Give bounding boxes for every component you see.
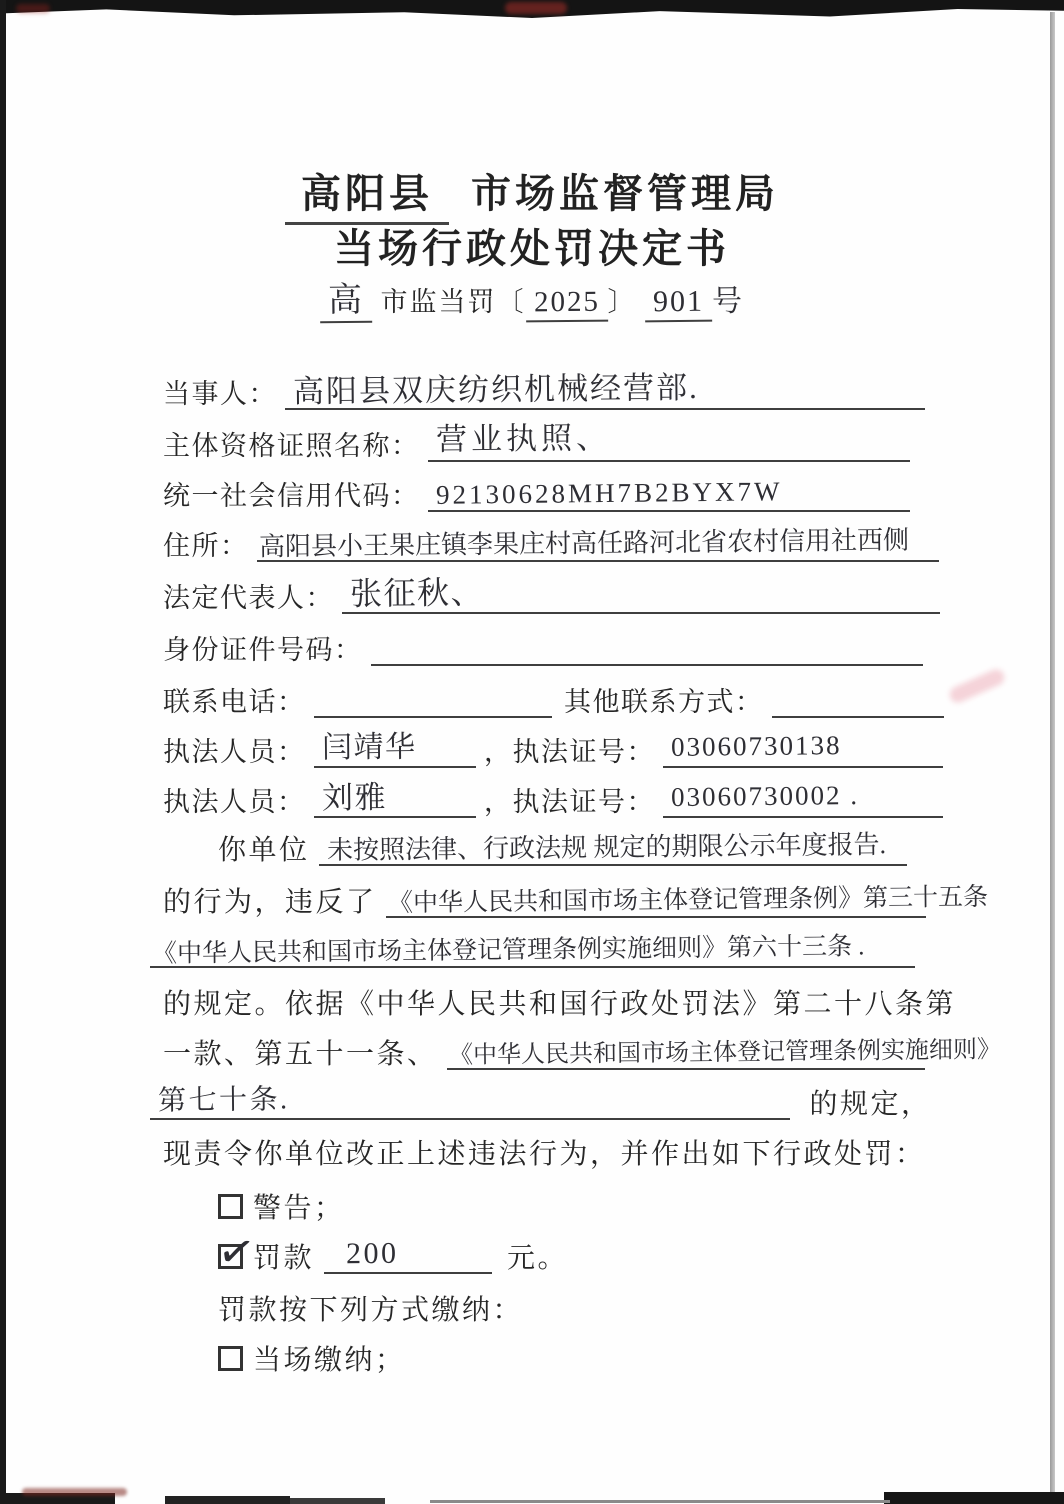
- id-number-underline: [371, 628, 923, 666]
- scan-edge-bottom-3: [290, 1498, 385, 1504]
- basis-row-2: 一款、第五十一条、 《中华人民共和国市场主体登记管理条例实施细则》: [163, 1032, 925, 1072]
- scan-edge-bottom-5: [430, 1500, 890, 1503]
- article-fill: 第七十条.: [158, 1086, 290, 1115]
- document-title: 当场行政处罚决定书: [0, 217, 1064, 274]
- officer1-name: 闫靖华: [322, 733, 417, 764]
- officer1-row: 执法人员： 闫靖华 ，执法证号： 03060730138: [163, 730, 943, 769]
- basis-suffix: 的规定，: [810, 1089, 932, 1120]
- fine-label-pre: 罚款: [253, 1243, 314, 1274]
- party-row: 当事人： 高阳县双庆纺织机械经营部.: [163, 372, 925, 411]
- officer2-row: 执法人员： 刘雅 ，执法证号： 03060730002 .: [163, 780, 943, 819]
- credit-code-value: 92130628MH7B2BYX7W: [436, 478, 783, 509]
- officer2-cert-label: ，执法证号：: [484, 787, 655, 817]
- article-underline: 第七十条.: [150, 1082, 790, 1120]
- fine-amount-underline: 200: [324, 1236, 492, 1274]
- fine-amount: 200: [345, 1239, 398, 1270]
- legal-rep-row: 法定代表人： 张征秋、: [163, 576, 940, 615]
- onsite-option-row: 当场缴纳；: [218, 1338, 406, 1378]
- id-number-label: 身份证件号码：: [163, 635, 363, 665]
- fine-checkbox: ✓: [218, 1244, 243, 1269]
- address-row: 住所： 高阳县小王果庄镇李果庄村高任路河北省农村信用社西侧: [163, 524, 939, 563]
- order-row: 现责令你单位改正上述违法行为，并作出如下行政处罚：: [163, 1132, 926, 1172]
- agency-title-line: 高阳县市场监督管理局: [0, 162, 1064, 219]
- address-value: 高阳县小王果庄镇李果庄村高任路河北省农村信用社西侧: [259, 528, 909, 561]
- scan-edge-left: [0, 0, 6, 1504]
- onsite-label: 当场缴纳；: [253, 1345, 406, 1376]
- license-label: 主体资格证照名称：: [163, 431, 420, 461]
- violation-fill-underline: 未按照法律、行政法规 规定的期限公示年度报告.: [319, 828, 907, 866]
- warning-checkbox: [218, 1194, 243, 1219]
- credit-code-row: 统一社会信用代码： 92130628MH7B2BYX7W: [163, 474, 910, 513]
- basis-row-1: 的规定。依据《中华人民共和国行政处罚法》第二十八条第: [163, 982, 956, 1022]
- legal-rep-underline: 张征秋、: [342, 576, 940, 614]
- violated-law2-fill: 《中华人民共和国市场主体登记管理条例实施细则》第六十三条 .: [152, 934, 865, 966]
- officer2-name: 刘雅: [322, 782, 387, 814]
- basis-row-3: 第七十条. 的规定，: [150, 1082, 932, 1122]
- basis-fill-underline: 《中华人民共和国市场主体登记管理条例实施细则》: [447, 1032, 925, 1070]
- red-ink-smudge-right: [947, 667, 1006, 705]
- phone-label: 联系电话：: [163, 687, 306, 717]
- fine-option-row: ✓罚款 200 元。: [218, 1236, 568, 1276]
- docno-suffix: 号: [712, 287, 744, 317]
- other-contact-underline: [772, 680, 944, 718]
- red-ink-smudge-top: [505, 2, 567, 14]
- legal-rep-label: 法定代表人：: [163, 583, 334, 613]
- officer2-label: 执法人员：: [163, 787, 306, 817]
- fine-label-post: 元。: [507, 1243, 568, 1274]
- docno-number: 901: [645, 287, 712, 323]
- basis-fill: 《中华人民共和国市场主体登记管理条例实施细则》: [449, 1038, 1001, 1068]
- violation-prefix: 你单位: [218, 835, 310, 866]
- officer1-cert-label: ，执法证号：: [484, 737, 655, 767]
- violated-law-row: 的行为，违反了 《中华人民共和国市场主体登记管理条例》第三十五条: [163, 880, 926, 920]
- docno-year: 2025: [525, 288, 607, 323]
- phone-underline: [314, 680, 552, 718]
- violated-law-fill: 《中华人民共和国市场主体登记管理条例》第三十五条: [388, 885, 988, 916]
- party-underline: 高阳县双庆纺织机械经营部.: [285, 372, 925, 410]
- officer1-cert-no: 03060730138: [671, 732, 842, 761]
- address-underline: 高阳县小王果庄镇李果庄村高任路河北省农村信用社西侧: [257, 524, 939, 562]
- party-label: 当事人：: [163, 379, 277, 409]
- red-ink-smudge-bottom-left: [22, 1488, 127, 1496]
- license-row: 主体资格证照名称： 营业执照、: [163, 424, 910, 463]
- docno-label: 市监当罚: [381, 287, 497, 317]
- other-contact-label: 其他联系方式：: [564, 687, 764, 717]
- contact-row: 联系电话： 其他联系方式：: [163, 680, 944, 719]
- violated-law-row-2: 《中华人民共和国市场主体登记管理条例实施细则》第六十三条 .: [150, 930, 915, 969]
- violated-law-underline: 《中华人民共和国市场主体登记管理条例》第三十五条: [386, 880, 926, 918]
- address-label: 住所：: [163, 531, 249, 561]
- scan-edge-right: [1050, 12, 1055, 1504]
- docno-bracket-close: 〕: [608, 287, 637, 317]
- party-value: 高阳县双庆纺织机械经营部.: [293, 372, 699, 407]
- officer1-cert-underline: 03060730138: [663, 730, 943, 768]
- docno-hw-prefix: 高: [320, 284, 372, 324]
- legal-rep-value: 张征秋、: [350, 576, 484, 609]
- credit-code-label: 统一社会信用代码：: [163, 481, 420, 511]
- document-number-line: 高 市监当罚〔2025〕 901号: [0, 280, 1064, 323]
- scan-edge-bottom-2: [165, 1496, 290, 1504]
- violated-law-prefix: 的行为，违反了: [163, 887, 377, 918]
- scan-edge-bottom-4: [884, 1492, 1064, 1504]
- red-ink-smudge-top-left: [16, 4, 50, 13]
- docno-bracket-open: 〔: [497, 287, 526, 317]
- basis-prefix: 一款、第五十一条、: [163, 1039, 438, 1070]
- onsite-checkbox: [218, 1346, 243, 1371]
- violation-fill: 未按照法律、行政法规 规定的期限公示年度报告.: [327, 832, 886, 864]
- license-underline: 营业执照、: [428, 424, 910, 462]
- officer2-name-underline: 刘雅: [314, 780, 476, 818]
- credit-code-underline: 92130628MH7B2BYX7W: [428, 474, 910, 512]
- license-value: 营业执照、: [436, 422, 611, 455]
- officer1-name-underline: 闫靖华: [314, 730, 476, 768]
- officer2-cert-no: 03060730002 .: [671, 782, 859, 811]
- id-number-row: 身份证件号码：: [163, 628, 923, 667]
- officer1-label: 执法人员：: [163, 737, 306, 767]
- agency-suffix: 市场监督管理局: [471, 172, 779, 216]
- violation-row-1: 你单位 未按照法律、行政法规 规定的期限公示年度报告.: [218, 828, 907, 868]
- violated-law2-underline: 《中华人民共和国市场主体登记管理条例实施细则》第六十三条 .: [150, 930, 915, 968]
- warning-option-row: 警告；: [218, 1186, 345, 1226]
- officer2-cert-underline: 03060730002 .: [663, 780, 943, 818]
- pay-method-title: 罚款按下列方式缴纳：: [218, 1288, 523, 1328]
- warning-label: 警告；: [253, 1193, 345, 1224]
- scanned-document-page: 高阳县市场监督管理局 当场行政处罚决定书 高 市监当罚〔2025〕 901号 当…: [0, 0, 1064, 1504]
